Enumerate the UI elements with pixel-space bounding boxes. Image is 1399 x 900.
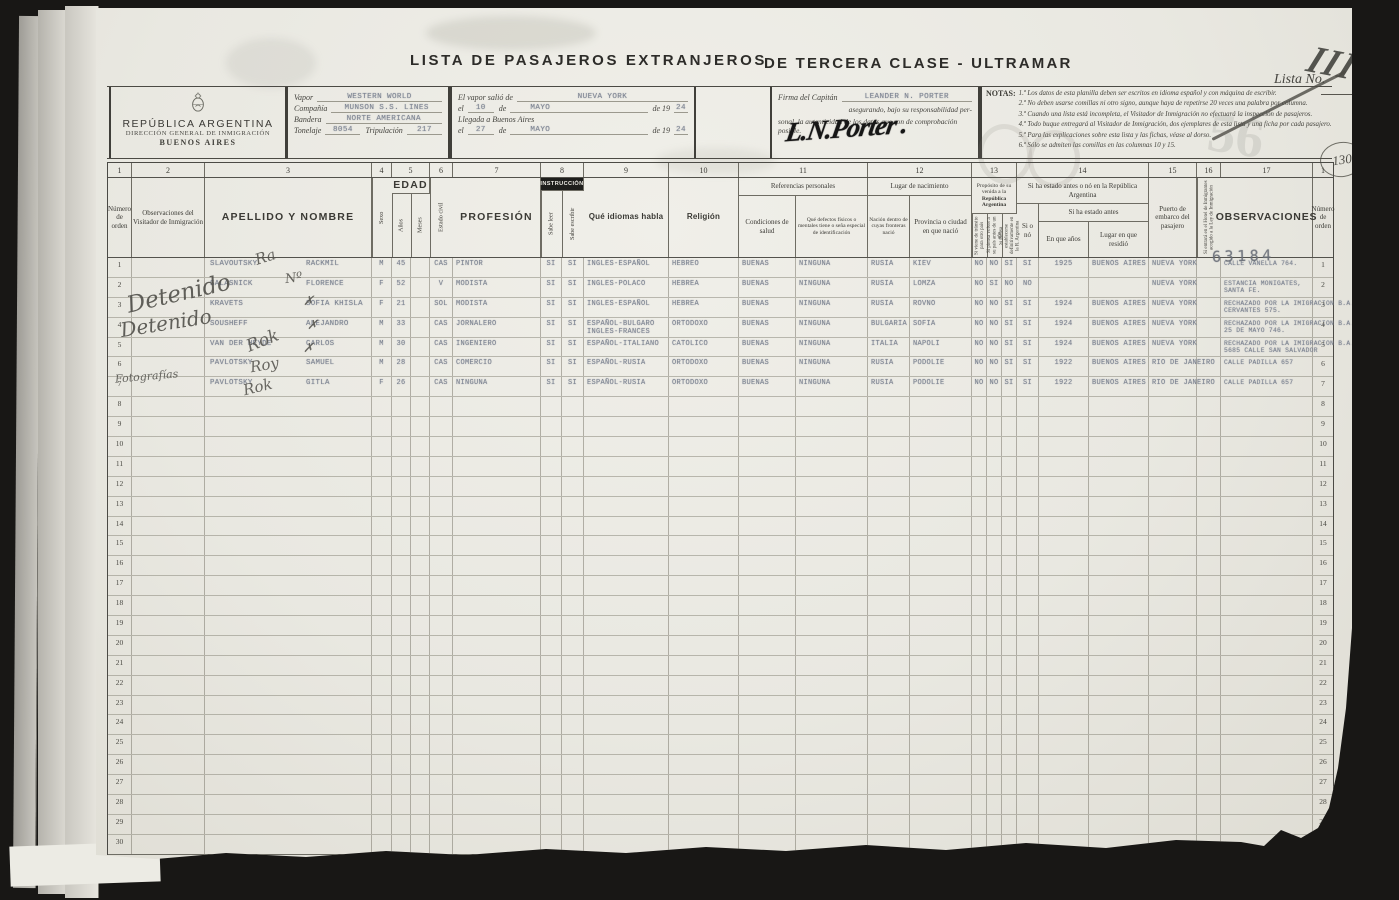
cell-edad-anos: [392, 596, 411, 615]
cell-visitador-obs: [132, 835, 205, 854]
cell-visitador-obs: [132, 517, 205, 536]
cell-nacion-nacimiento: [868, 576, 910, 595]
cell-provincia-nacimiento: KIEV: [910, 258, 972, 277]
cell-apellido-nombre: [205, 596, 372, 615]
cell-estado-civil: [430, 497, 453, 516]
cell-proposito-volver: [987, 417, 1002, 436]
cell-estado-antes-lugar: [1089, 278, 1149, 297]
cell-profesion: [453, 775, 541, 794]
cell-edad-anos: [392, 536, 411, 555]
cell-idiomas: [584, 775, 669, 794]
cell-proposito-establecerse: [1002, 835, 1017, 854]
cell-salud: [739, 556, 796, 575]
cell-idiomas: ESPAÑOL-RUSIA: [584, 377, 669, 396]
cell-defectos: [796, 795, 868, 814]
cell-idiomas: [584, 696, 669, 715]
cell-profesion: [453, 795, 541, 814]
cell-proposito-transito: [972, 835, 987, 854]
cell-idiomas: ESPAÑOL-BULGARO INGLES-FRANCES: [584, 318, 669, 337]
cell-apellido-nombre: [205, 835, 372, 854]
cell-sabe-escribir: [562, 616, 584, 635]
cell-estado-antes-anos: [1039, 278, 1089, 297]
cell-proposito-volver: [987, 795, 1002, 814]
cell-proposito-establecerse: [1002, 517, 1017, 536]
cell-estado-antes-lugar: [1089, 576, 1149, 595]
cell-salud: BUENAS: [739, 258, 796, 277]
cell-profesion: [453, 656, 541, 675]
typed-value: CAS: [434, 320, 448, 328]
typed-value: M: [379, 260, 384, 268]
cell-hotel-inmigrantes: [1197, 298, 1221, 317]
typed-value: ESPAÑOL-RUSIA: [587, 359, 646, 367]
cell-num-right: 10: [1313, 437, 1333, 456]
cell-edad-anos: [392, 457, 411, 476]
cell-edad-meses: [411, 457, 430, 476]
typed-value: NO: [989, 340, 998, 348]
cell-profesion: [453, 636, 541, 655]
cell-visitador-obs: [132, 596, 205, 615]
cell-provincia-nacimiento: [910, 536, 972, 555]
cell-proposito-establecerse: [1002, 457, 1017, 476]
cell-num-left: 10: [108, 437, 132, 456]
cell-sexo: [372, 417, 392, 436]
cell-edad-anos: [392, 616, 411, 635]
typed-value: ESTANCIA MONIGATES, SANTA FE.: [1224, 280, 1302, 295]
cell-estado-antes-anos: [1039, 735, 1089, 754]
cell-estado-antes-anos: [1039, 477, 1089, 496]
row-number: 12: [116, 479, 124, 488]
cell-estado-antes-si-no: [1017, 477, 1039, 496]
cell-hotel-inmigrantes: [1197, 696, 1221, 715]
cell-hotel-inmigrantes: [1197, 596, 1221, 615]
cell-sexo: [372, 536, 392, 555]
typed-value: LOMZA: [913, 280, 936, 288]
header-estado-antes-si-no: Si o nó: [1017, 204, 1039, 257]
cell-observaciones: [1221, 735, 1313, 754]
header-lugar-nacimiento-group: Lugar de nacimiento: [868, 178, 972, 196]
cell-estado-antes-si-no: [1017, 715, 1039, 734]
cell-provincia-nacimiento: ROVNO: [910, 298, 972, 317]
cell-defectos: [796, 517, 868, 536]
cell-edad-anos: [392, 676, 411, 695]
cell-nacion-nacimiento: [868, 636, 910, 655]
cell-estado-civil: [430, 596, 453, 615]
cell-sexo: [372, 696, 392, 715]
cell-estado-antes-anos: [1039, 437, 1089, 456]
cell-edad-meses: [411, 258, 430, 277]
cell-num-right: 19: [1313, 616, 1333, 635]
tripulacion-value: 217: [407, 126, 442, 135]
cell-apellido-nombre: KRAVETSSOFIA KHISLA: [205, 298, 372, 317]
cell-proposito-transito: [972, 397, 987, 416]
cell-hotel-inmigrantes: [1197, 835, 1221, 854]
cell-puerto-embarco: NUEVA YORK: [1149, 338, 1197, 357]
cell-estado-antes-lugar: [1089, 755, 1149, 774]
cell-sabe-escribir: SI: [562, 298, 584, 317]
cell-num-right: 14: [1313, 517, 1333, 536]
cell-observaciones: [1221, 556, 1313, 575]
table-row: 99: [108, 417, 1333, 437]
cell-salud: BUENAS: [739, 278, 796, 297]
cell-num-left: 22: [108, 676, 132, 695]
typed-value: 26: [396, 379, 405, 387]
table-row: 2323: [108, 696, 1333, 716]
cell-profesion: [453, 517, 541, 536]
cell-provincia-nacimiento: [910, 775, 972, 794]
cell-visitador-obs: [132, 656, 205, 675]
cell-proposito-establecerse: SI: [1002, 377, 1017, 396]
cell-hotel-inmigrantes: [1197, 755, 1221, 774]
cell-proposito-establecerse: [1002, 696, 1017, 715]
cell-proposito-establecerse: [1002, 636, 1017, 655]
typed-value: 30: [396, 340, 405, 348]
table-row: 5VAN DER HEYDECARLOSM30CASINGENIEROSISIE…: [108, 338, 1333, 358]
cell-profesion: [453, 715, 541, 734]
cell-puerto-embarco: [1149, 477, 1197, 496]
cell-observaciones: ESTANCIA MONIGATES, SANTA FE.: [1221, 278, 1313, 297]
cell-proposito-transito: [972, 437, 987, 456]
cell-num-left: 18: [108, 596, 132, 615]
cell-edad-anos: [392, 696, 411, 715]
cell-edad-meses: [411, 735, 430, 754]
typed-value: RUSIA: [871, 359, 894, 367]
cell-visitador-obs: [132, 536, 205, 555]
cell-profesion: [453, 477, 541, 496]
cell-profesion: [453, 437, 541, 456]
ship-info-box: VaporWESTERN WORLD CompañíaMUNSON S.S. L…: [286, 87, 450, 158]
cell-defectos: [796, 636, 868, 655]
cell-profesion: MODISTA: [453, 278, 541, 297]
cell-salud: [739, 517, 796, 536]
cell-num-left: 14: [108, 517, 132, 536]
lista-no-handwritten: III: [1298, 38, 1370, 88]
cell-proposito-transito: NO: [972, 298, 987, 317]
typed-value: 1925: [1054, 260, 1072, 268]
cell-edad-meses: [411, 636, 430, 655]
cell-proposito-establecerse: [1002, 477, 1017, 496]
cell-num-right: 24: [1313, 715, 1333, 734]
colnum-cell: 8: [541, 163, 584, 177]
cell-proposito-volver: [987, 536, 1002, 555]
proposito-line2: República Argentina: [973, 196, 1015, 208]
cell-sabe-leer: [541, 497, 562, 516]
cell-apellido-nombre: [205, 536, 372, 555]
cell-num-left: 9: [108, 417, 132, 436]
table-row: 2424: [108, 715, 1333, 735]
cell-nacion-nacimiento: [868, 417, 910, 436]
typed-value: BUENAS: [742, 340, 769, 348]
compania-label: Compañía: [294, 104, 327, 113]
cell-salud: [739, 656, 796, 675]
cell-apellido-nombre: [205, 696, 372, 715]
cell-salud: [739, 497, 796, 516]
cell-defectos: NINGUNA: [796, 298, 868, 317]
bandera-label: Bandera: [294, 115, 322, 124]
de19-label: de 19: [652, 104, 670, 113]
typed-value: MODISTA: [456, 300, 488, 308]
cell-proposito-establecerse: NO: [1002, 278, 1017, 297]
cell-num-right: 20: [1313, 636, 1333, 655]
typed-value: NUEVA YORK: [1152, 320, 1197, 328]
cell-salud: [739, 457, 796, 476]
cell-provincia-nacimiento: [910, 497, 972, 516]
cell-provincia-nacimiento: [910, 477, 972, 496]
cell-idiomas: [584, 457, 669, 476]
typed-value: BUENOS AIRES: [1092, 300, 1146, 308]
cell-proposito-establecerse: [1002, 536, 1017, 555]
cell-num-right: 28: [1313, 795, 1333, 814]
book-page-edge: [38, 10, 66, 894]
cell-estado-antes-si-no: NO: [1017, 278, 1039, 297]
cell-religion: CATOLICO: [669, 338, 739, 357]
cell-edad-anos: [392, 437, 411, 456]
passenger-table: 12345678910111213141516171 Número de ord…: [107, 162, 1334, 855]
cell-estado-antes-si-no: SI: [1017, 357, 1039, 376]
cell-profesion: [453, 616, 541, 635]
typed-value: 33: [396, 320, 405, 328]
cell-sexo: [372, 676, 392, 695]
passenger-given-name: RACKMIL: [306, 260, 339, 268]
cell-religion: [669, 676, 739, 695]
cell-puerto-embarco: [1149, 735, 1197, 754]
cell-proposito-establecerse: [1002, 596, 1017, 615]
cell-religion: [669, 417, 739, 436]
cell-proposito-transito: [972, 735, 987, 754]
cell-salud: [739, 696, 796, 715]
table-row: 3030: [108, 835, 1333, 855]
cell-defectos: [796, 815, 868, 834]
cell-sexo: [372, 477, 392, 496]
cell-provincia-nacimiento: PODOLIE: [910, 377, 972, 396]
row-number: 8: [1321, 399, 1325, 408]
cell-provincia-nacimiento: [910, 596, 972, 615]
cell-proposito-volver: NO: [987, 338, 1002, 357]
cell-estado-antes-si-no: [1017, 457, 1039, 476]
cell-estado-civil: [430, 755, 453, 774]
typed-value: MODISTA: [456, 280, 488, 288]
cell-defectos: NINGUNA: [796, 258, 868, 277]
row-number: 6: [118, 359, 122, 368]
cell-estado-antes-anos: [1039, 676, 1089, 695]
passenger-surname: KRAVETS: [210, 300, 306, 308]
cell-religion: [669, 696, 739, 715]
row-number: 8: [118, 399, 122, 408]
cell-defectos: [796, 755, 868, 774]
cell-observaciones: [1221, 835, 1313, 854]
cell-proposito-transito: [972, 715, 987, 734]
cell-sabe-leer: SI: [541, 377, 562, 396]
cell-salud: BUENAS: [739, 318, 796, 337]
cell-estado-civil: [430, 696, 453, 715]
nota-item: 4.ª Todo buque entregará al Visitador de…: [1019, 120, 1332, 130]
cell-estado-antes-lugar: [1089, 417, 1149, 436]
paper-stain: [226, 38, 316, 88]
el-label: el: [458, 126, 464, 135]
handwritten-cross: ✗: [303, 341, 314, 356]
colnum-cell: 5: [392, 163, 430, 177]
cell-profesion: [453, 576, 541, 595]
typed-value: NINGUNA: [799, 340, 831, 348]
cell-estado-antes-si-no: [1017, 556, 1039, 575]
cell-estado-antes-lugar: [1089, 397, 1149, 416]
row-number: 22: [116, 678, 124, 687]
row-number: 3: [118, 300, 122, 309]
table-row: 7PAVLOTSKYGITLAF26CASNINGUNASISIESPAÑOL-…: [108, 377, 1333, 397]
cell-estado-antes-si-no: [1017, 656, 1039, 675]
cell-estado-antes-anos: 1924: [1039, 338, 1089, 357]
row-number: 17: [116, 578, 124, 587]
typed-value: SI: [1023, 260, 1032, 268]
cell-estado-antes-anos: [1039, 795, 1089, 814]
typed-value: NO: [989, 300, 998, 308]
typed-value: NO: [974, 300, 983, 308]
llegada-day: 27: [468, 126, 494, 135]
cell-visitador-obs: [132, 636, 205, 655]
cell-observaciones: CALLE PADILLA 657: [1221, 377, 1313, 396]
cell-nacion-nacimiento: [868, 536, 910, 555]
cell-idiomas: [584, 755, 669, 774]
table-row: 1111: [108, 457, 1333, 477]
cell-observaciones: [1221, 397, 1313, 416]
header-estado-civil: Estado civil: [430, 178, 453, 257]
cell-provincia-nacimiento: [910, 397, 972, 416]
org-name: REPÚBLICA ARGENTINA: [117, 118, 279, 130]
cell-defectos: NINGUNA: [796, 338, 868, 357]
header-religion: Religión: [669, 178, 739, 257]
cell-defectos: [796, 596, 868, 615]
cell-defectos: NINGUNA: [796, 377, 868, 396]
typed-value: BUENAS: [742, 359, 769, 367]
typed-value: 45: [396, 260, 405, 268]
typed-value: ESPAÑOL-BULGARO INGLES-FRANCES: [587, 320, 655, 336]
cell-puerto-embarco: [1149, 755, 1197, 774]
cell-apellido-nombre: [205, 576, 372, 595]
cell-sabe-leer: [541, 536, 562, 555]
passenger-surname: SOUSHEFF: [210, 320, 306, 328]
form-header-band: REPÚBLICA ARGENTINA DIRECCIÓN GENERAL DE…: [107, 86, 1332, 159]
cell-idiomas: [584, 735, 669, 754]
cell-estado-antes-anos: [1039, 835, 1089, 854]
cell-sabe-escribir: [562, 835, 584, 854]
row-number: 14: [116, 519, 124, 528]
scanned-passenger-list-photo: LISTA DE PASAJEROS EXTRANJEROS DE TERCER…: [0, 0, 1399, 900]
cell-proposito-establecerse: SI: [1002, 357, 1017, 376]
cell-num-right: 6: [1313, 357, 1333, 376]
row-number: 17: [1319, 578, 1327, 587]
cell-provincia-nacimiento: LOMZA: [910, 278, 972, 297]
cell-estado-antes-anos: [1039, 556, 1089, 575]
cell-hotel-inmigrantes: [1197, 795, 1221, 814]
header-sexo: Sexo: [372, 178, 392, 257]
cell-edad-meses: [411, 755, 430, 774]
cell-sabe-escribir: [562, 815, 584, 834]
cell-edad-meses: [411, 318, 430, 337]
cell-salud: [739, 477, 796, 496]
cell-estado-civil: [430, 616, 453, 635]
llegada-year: 24: [674, 126, 688, 135]
table-row: 3KRAVETSSOFIA KHISLAF21SOLMODISTASISIING…: [108, 298, 1333, 318]
cell-visitador-obs: [132, 457, 205, 476]
cell-proposito-volver: [987, 596, 1002, 615]
cell-profesion: [453, 696, 541, 715]
cell-observaciones: [1221, 616, 1313, 635]
cell-idiomas: [584, 397, 669, 416]
cell-estado-antes-lugar: [1089, 656, 1149, 675]
cell-defectos: [796, 576, 868, 595]
typed-value: NO: [989, 379, 998, 387]
row-number: 16: [116, 558, 124, 567]
row-number: 5: [1321, 340, 1325, 349]
cell-estado-antes-lugar: [1089, 517, 1149, 536]
cell-edad-anos: [392, 477, 411, 496]
cell-num-right: 11: [1313, 457, 1333, 476]
cell-religion: [669, 437, 739, 456]
cell-idiomas: [584, 715, 669, 734]
typed-value: CAS: [434, 260, 448, 268]
cell-visitador-obs: [132, 795, 205, 814]
typed-value: ORTODOXO: [672, 379, 708, 387]
de-label: de: [499, 126, 507, 135]
cell-edad-anos: [392, 815, 411, 834]
cell-observaciones: [1221, 497, 1313, 516]
nota-item: 1.ª Los datos de esta planilla deben ser…: [1019, 89, 1332, 99]
header-observaciones: OBSERVACIONES: [1221, 178, 1313, 257]
cell-hotel-inmigrantes: [1197, 616, 1221, 635]
cell-num-left: 1: [108, 258, 132, 277]
cell-num-left: 13: [108, 497, 132, 516]
filler-line: [570, 112, 648, 113]
circled-page-number-value: 130: [1331, 150, 1353, 169]
table-row: 2929: [108, 815, 1333, 835]
cell-estado-civil: [430, 835, 453, 854]
salio-label: El vapor salió de: [458, 93, 513, 102]
cell-proposito-establecerse: [1002, 576, 1017, 595]
cell-idiomas: [584, 536, 669, 555]
cell-proposito-transito: [972, 517, 987, 536]
cell-proposito-volver: [987, 497, 1002, 516]
cell-estado-antes-lugar: [1089, 835, 1149, 854]
row-number: 24: [1319, 717, 1327, 726]
cell-hotel-inmigrantes: [1197, 437, 1221, 456]
typed-value: SI: [568, 320, 577, 328]
row-number: 15: [116, 538, 124, 547]
cell-religion: [669, 815, 739, 834]
cell-estado-antes-lugar: BUENOS AIRES: [1089, 338, 1149, 357]
cell-proposito-volver: [987, 735, 1002, 754]
cell-num-left: 21: [108, 656, 132, 675]
cell-idiomas: [584, 656, 669, 675]
passenger-given-name: GITLA: [306, 379, 330, 387]
cell-edad-meses: [411, 596, 430, 615]
cell-religion: [669, 576, 739, 595]
typed-value: SI: [568, 379, 577, 387]
cell-visitador-obs: [132, 755, 205, 774]
cell-num-left: 29: [108, 815, 132, 834]
cell-proposito-volver: [987, 616, 1002, 635]
cell-proposito-volver: [987, 715, 1002, 734]
cell-estado-antes-lugar: [1089, 497, 1149, 516]
typed-value: INGLES-ESPAÑOL: [587, 260, 650, 268]
column-number-row: 12345678910111213141516171: [108, 163, 1333, 178]
cell-sabe-escribir: SI: [562, 258, 584, 277]
cell-edad-meses: [411, 497, 430, 516]
header-edad-meses: Meses: [411, 194, 430, 257]
cell-observaciones: [1221, 656, 1313, 675]
cell-hotel-inmigrantes: [1197, 576, 1221, 595]
cell-nacion-nacimiento: RUSIA: [868, 377, 910, 396]
cell-sabe-escribir: [562, 477, 584, 496]
cell-sabe-leer: [541, 656, 562, 675]
